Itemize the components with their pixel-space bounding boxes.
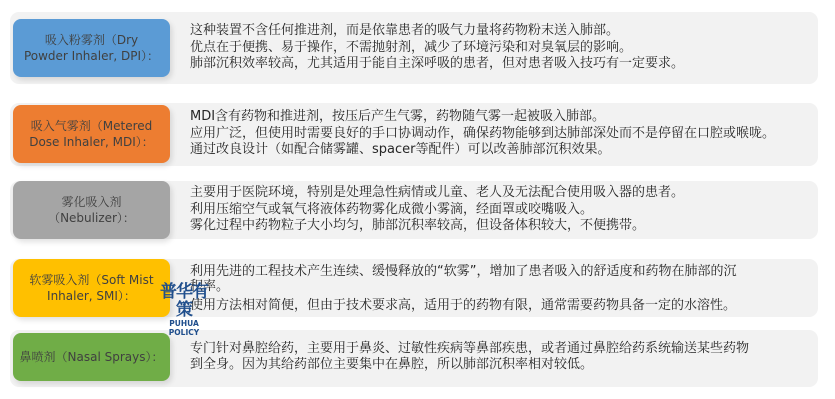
description-line: 雾化过程中药物粒子大小均匀，肺部沉积率较高，但设备体积较大，不便携带。: [190, 218, 810, 235]
description-line: 专门针对鼻腔给药，主要用于鼻炎、过敏性疾病等鼻部疾患，或者通过鼻腔给药系统输送某…: [190, 341, 810, 358]
watermark-en: PUHUA POLICY: [153, 319, 215, 337]
watermark-logo: 普华有策 PUHUA POLICY: [153, 283, 215, 337]
label-mdi: 吸入气雾剂（Metered Dose Inhaler, MDI）：: [13, 105, 170, 163]
description-mdi: MDI含有药物和推进剂，按压后产生气雾，药物随气雾一起被吸入肺部。 应用广泛，但…: [190, 106, 810, 162]
label-line: 吸入气雾剂（Metered: [29, 118, 154, 134]
label-line: 吸入粉雾剂（Dry: [24, 32, 159, 48]
label-nebulizer: 雾化吸入剂 （Nebulizer）：: [13, 181, 170, 239]
label-line: 雾化吸入剂: [48, 194, 135, 210]
description-nasal-sprays: 专门针对鼻腔给药，主要用于鼻炎、过敏性疾病等鼻部疾患，或者通过鼻腔给药系统输送某…: [190, 334, 810, 380]
description-line: MDI含有药物和推进剂，按压后产生气雾，药物随气雾一起被吸入肺部。: [190, 109, 810, 126]
description-line: 到全身。因为其给药部位主要集中在鼻腔，所以肺部沉积率相对较低。: [190, 357, 810, 374]
description-line: 应用广泛，但使用时需要良好的手口协调动作，确保药物能够到达肺部深处而不是停留在口…: [190, 126, 810, 143]
row-dpi: 吸入粉雾剂（Dry Powder Inhaler, DPI）： 这种装置不含任何…: [10, 12, 818, 84]
label-line: 软雾吸入剂（Soft Mist: [29, 272, 153, 288]
description-smi: 利用先进的工程技术产生连续、缓慢释放的“软雾”，增加了患者吸入的舒适度和药物在肺…: [190, 259, 810, 317]
description-line: 优点在于便携、易于操作，不需抛射剂，减少了环境污染和对臭氧层的影响。: [190, 40, 810, 57]
label-smi: 软雾吸入剂（Soft Mist Inhaler, SMI）：: [13, 259, 170, 317]
label-line: Dose Inhaler, MDI）：: [29, 134, 154, 150]
row-smi: 软雾吸入剂（Soft Mist Inhaler, SMI）： 利用先进的工程技术…: [10, 259, 818, 317]
description-line: 通过改良设计（如配合储雾罐、spacer等配件）可以改善肺部沉积效果。: [190, 142, 810, 159]
row-mdi: 吸入气雾剂（Metered Dose Inhaler, MDI）： MDI含有药…: [10, 103, 818, 166]
row-nasal-sprays: 鼻喷剂（Nasal Sprays）： 专门针对鼻腔给药，主要用于鼻炎、过敏性疾病…: [10, 330, 818, 387]
description-line: 利用压缩空气或氧气将液体药物雾化成微小雾滴，经面罩或咬嘴吸入。: [190, 202, 810, 219]
description-dpi: 这种装置不含任何推进剂，而是依靠患者的吸气力量将药物粉末送入肺部。 优点在于便携…: [190, 20, 810, 76]
description-line: 使用方法相对简便，但由于技术要求高，适用于的药物有限，通常需要药物具备一定的水溶…: [190, 298, 810, 313]
label-line: （Nebulizer）：: [48, 210, 135, 226]
description-nebulizer: 主要用于医院环境，特别是处理急性病情或儿童、老人及无法配合使用吸入器的患者。 利…: [190, 182, 810, 238]
watermark-cn: 普华有策: [153, 283, 215, 319]
label-line: 鼻喷剂（Nasal Sprays）：: [20, 349, 164, 365]
description-line: 主要用于医院环境，特别是处理急性病情或儿童、老人及无法配合使用吸入器的患者。: [190, 185, 810, 202]
label-line: Inhaler, SMI）：: [29, 288, 153, 304]
label-dpi: 吸入粉雾剂（Dry Powder Inhaler, DPI）：: [13, 19, 170, 77]
row-nebulizer: 雾化吸入剂 （Nebulizer）： 主要用于医院环境，特别是处理急性病情或儿童…: [10, 181, 818, 239]
description-line: 这种装置不含任何推进剂，而是依靠患者的吸气力量将药物粉末送入肺部。: [190, 23, 810, 40]
description-line: 积率。: [190, 279, 810, 294]
description-line: 肺部沉积效率较高，尤其适用于能自主深呼吸的患者，但对患者吸入技巧有一定要求。: [190, 56, 810, 73]
description-line: 利用先进的工程技术产生连续、缓慢释放的“软雾”，增加了患者吸入的舒适度和药物在肺…: [190, 264, 810, 279]
label-nasal-sprays: 鼻喷剂（Nasal Sprays）：: [13, 333, 170, 381]
label-line: Powder Inhaler, DPI）：: [24, 48, 159, 64]
